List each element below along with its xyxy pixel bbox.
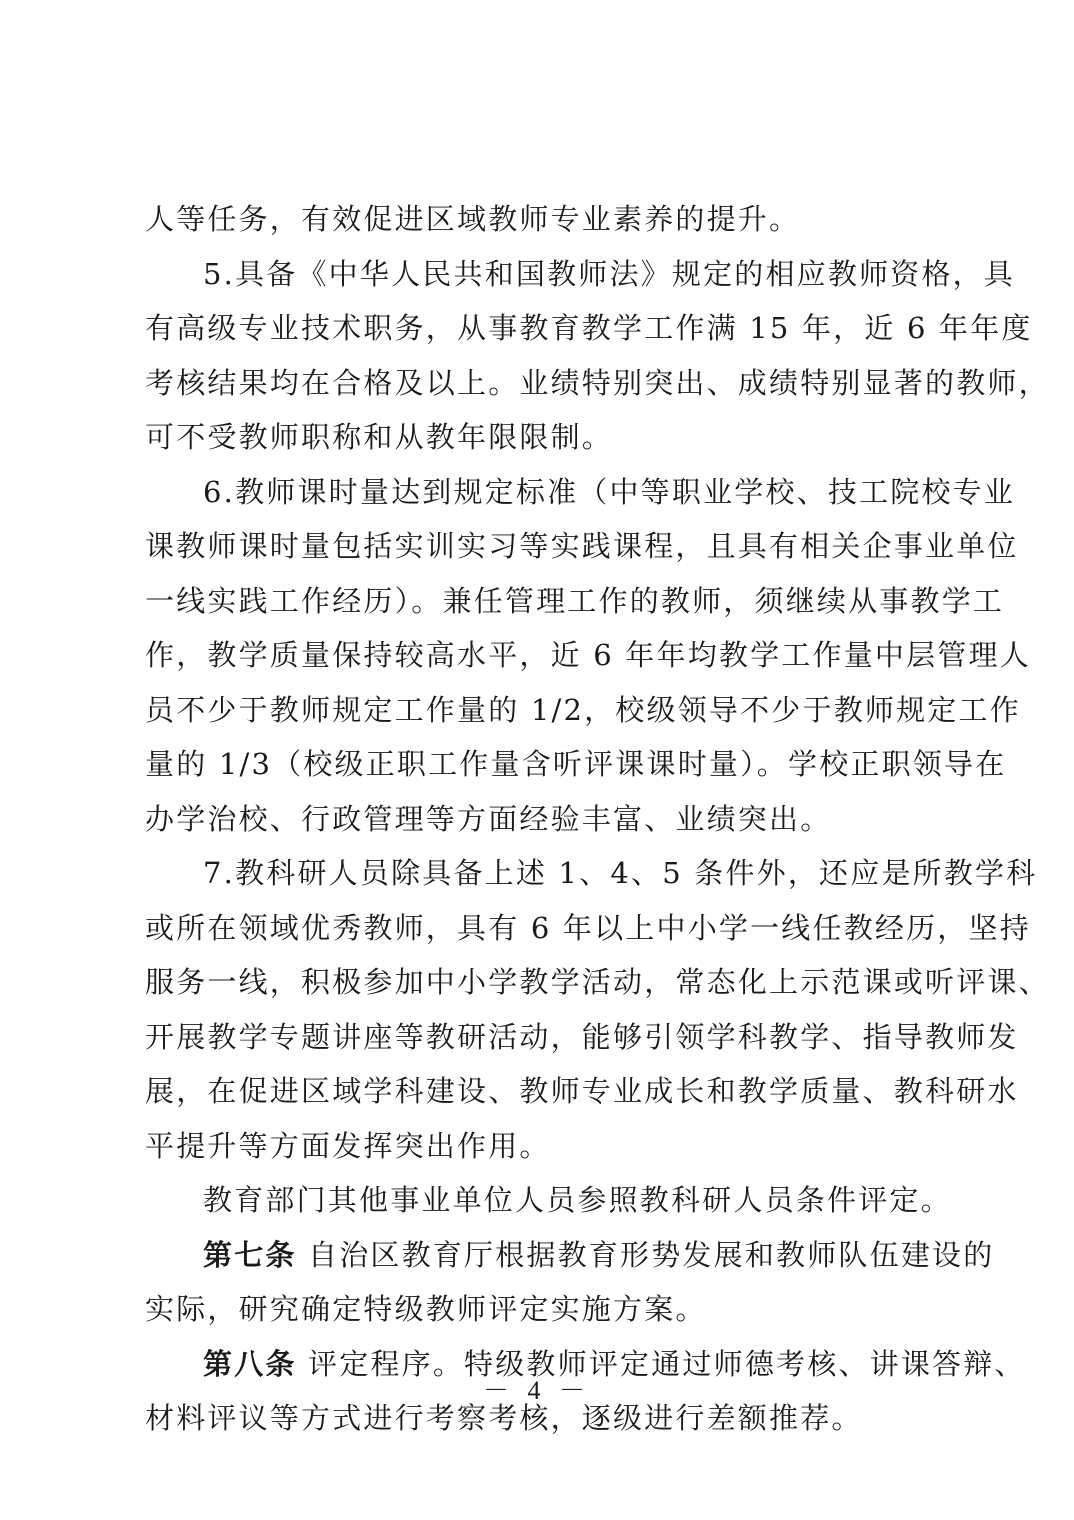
article-7-line-1: 第七条 自治区教育厅根据教育形势发展和教师队伍建设的 <box>145 1228 941 1283</box>
article-7-text: 自治区教育厅根据教育形势发展和教师队伍建设的 <box>297 1238 995 1272</box>
text-line: 一线实践工作经历）。兼任管理工作的教师，须继续从事教学工 <box>145 574 941 629</box>
text-line: 6.教师课时量达到规定标准（中等职业学校、技工院校专业 <box>145 465 941 520</box>
text-line: 量的 1/3（校级正职工作量含听评课课时量）。学校正职领导在 <box>145 737 941 792</box>
text-line: 作，教学质量保持较高水平，近 6 年年均教学工作量中层管理人 <box>145 628 941 683</box>
text-line: 平提升等方面发挥突出作用。 <box>145 1119 941 1174</box>
document-page: 人等任务，有效促进区域教师专业素养的提升。5.具备《中华人民共和国教师法》规定的… <box>145 192 941 1446</box>
text-line: 有高级专业技术职务，从事教育教学工作满 15 年，近 6 年年度 <box>145 301 941 356</box>
text-line: 办学治校、行政管理等方面经验丰富、业绩突出。 <box>145 792 941 847</box>
text-line: 考核结果均在合格及以上。业绩特别突出、成绩特别显著的教师， <box>145 356 941 411</box>
article-7-heading: 第七条 <box>203 1238 297 1272</box>
text-line: 教育部门其他事业单位人员参照教科研人员条件评定。 <box>145 1173 941 1228</box>
text-line: 可不受教师职称和从教年限限制。 <box>145 410 941 465</box>
text-line: 或所在领域优秀教师，具有 6 年以上中小学一线任教经历，坚持 <box>145 901 941 956</box>
text-line: 开展教学专题讲座等教研活动，能够引领学科教学、指导教师发 <box>145 1010 941 1065</box>
text-line: 展，在促进区域学科建设、教师专业成长和教学质量、教科研水 <box>145 1064 941 1119</box>
text-line: 5.具备《中华人民共和国教师法》规定的相应教师资格，具 <box>145 247 941 302</box>
page-number: － 4 － <box>0 1370 1074 1407</box>
document-body: 人等任务，有效促进区域教师专业素养的提升。5.具备《中华人民共和国教师法》规定的… <box>145 192 941 1228</box>
text-line: 人等任务，有效促进区域教师专业素养的提升。 <box>145 192 941 247</box>
text-line: 课教师课时量包括实训实习等实践课程，且具有相关企事业单位 <box>145 519 941 574</box>
text-line: 员不少于教师规定工作量的 1/2，校级领导不少于教师规定工作 <box>145 683 941 738</box>
text-line: 服务一线，积极参加中小学教学活动，常态化上示范课或听评课、 <box>145 955 941 1010</box>
text-line: 7.教科研人员除具备上述 1、4、5 条件外，还应是所教学科 <box>145 846 941 901</box>
article-7-line-2: 实际，研究确定特级教师评定实施方案。 <box>145 1282 941 1337</box>
